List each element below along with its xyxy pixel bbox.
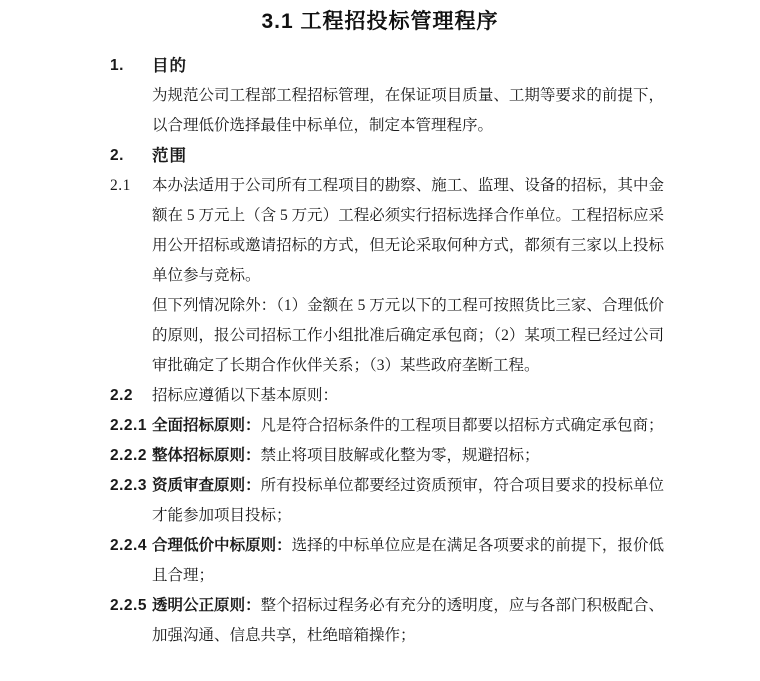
paragraph-text: 透明公正原则：整个招标过程务必有充分的透明度，应与各部门积极配合、加强沟通、信息… <box>152 591 664 651</box>
principle-body: 凡是符合招标条件的工程项目都要以招标方式确定承包商； <box>261 417 664 434</box>
section-row-2-2-4: 2.2.4 合理低价中标原则：选择的中标单位应是在满足各项要求的前提下，报价低且… <box>110 531 760 591</box>
paragraph-text: 整体招标原则：禁止将项目肢解或化整为零，规避招标； <box>152 441 664 471</box>
section-number: 2.2.5 <box>110 591 152 651</box>
section-row-2-2: 2.2 招标应遵循以下基本原则： <box>110 381 760 411</box>
principle-body: 禁止将项目肢解或化整为零，规避招标； <box>261 447 540 464</box>
section-number: 2.2.4 <box>110 531 152 591</box>
paragraph-row-exceptions: 但下列情况除外：（1）金额在 5 万元以下的工程可按照货比三家、合理低价的原则，… <box>110 291 760 381</box>
document-page: 3.1 工程招投标管理程序 1. 目的 为规范公司工程部工程招标管理，在保证项目… <box>0 0 760 681</box>
section-number-spacer <box>110 81 152 141</box>
section-row-2-2-1: 2.2.1 全面招标原则：凡是符合招标条件的工程项目都要以招标方式确定承包商； <box>110 411 760 441</box>
section-heading: 范围 <box>152 141 664 171</box>
principle-label: 整体招标原则： <box>152 447 261 464</box>
section-number: 1. <box>110 51 152 81</box>
section-row-2-1: 2.1 本办法适用于公司所有工程项目的勘察、施工、监理、设备的招标，其中金额在 … <box>110 171 760 291</box>
paragraph-text: 招标应遵循以下基本原则： <box>152 381 664 411</box>
section-heading: 目的 <box>152 51 664 81</box>
section-number: 2.2 <box>110 381 152 411</box>
section-row-2-2-2: 2.2.2 整体招标原则：禁止将项目肢解或化整为零，规避招标； <box>110 441 760 471</box>
section-number: 2. <box>110 141 152 171</box>
section-number: 2.1 <box>110 171 152 291</box>
section-number: 2.2.1 <box>110 411 152 441</box>
paragraph-text: 资质审查原则：所有投标单位都要经过资质预审，符合项目要求的投标单位才能参加项目投… <box>152 471 664 531</box>
paragraph-row: 为规范公司工程部工程招标管理，在保证项目质量、工期等要求的前提下，以合理低价选择… <box>110 81 760 141</box>
section-number: 2.2.3 <box>110 471 152 531</box>
section-row-scope: 2. 范围 <box>110 141 760 171</box>
principle-label: 透明公正原则： <box>152 597 261 614</box>
principle-label: 合理低价中标原则： <box>152 537 292 554</box>
principle-label: 资质审查原则： <box>152 477 261 494</box>
section-row-2-2-5: 2.2.5 透明公正原则：整个招标过程务必有充分的透明度，应与各部门积极配合、加… <box>110 591 760 651</box>
paragraph-text: 为规范公司工程部工程招标管理，在保证项目质量、工期等要求的前提下，以合理低价选择… <box>152 81 664 141</box>
paragraph-text: 全面招标原则：凡是符合招标条件的工程项目都要以招标方式确定承包商； <box>152 411 664 441</box>
paragraph-text: 但下列情况除外：（1）金额在 5 万元以下的工程可按照货比三家、合理低价的原则，… <box>152 291 664 381</box>
section-number-spacer <box>110 291 152 381</box>
paragraph-text: 本办法适用于公司所有工程项目的勘察、施工、监理、设备的招标，其中金额在 5 万元… <box>152 171 664 291</box>
paragraph-text: 合理低价中标原则：选择的中标单位应是在满足各项要求的前提下，报价低且合理； <box>152 531 664 591</box>
section-row-2-2-3: 2.2.3 资质审查原则：所有投标单位都要经过资质预审，符合项目要求的投标单位才… <box>110 471 760 531</box>
document-title: 3.1 工程招投标管理程序 <box>0 6 760 38</box>
principle-label: 全面招标原则： <box>152 417 261 434</box>
section-number: 2.2.2 <box>110 441 152 471</box>
section-row-purpose: 1. 目的 <box>110 51 760 81</box>
